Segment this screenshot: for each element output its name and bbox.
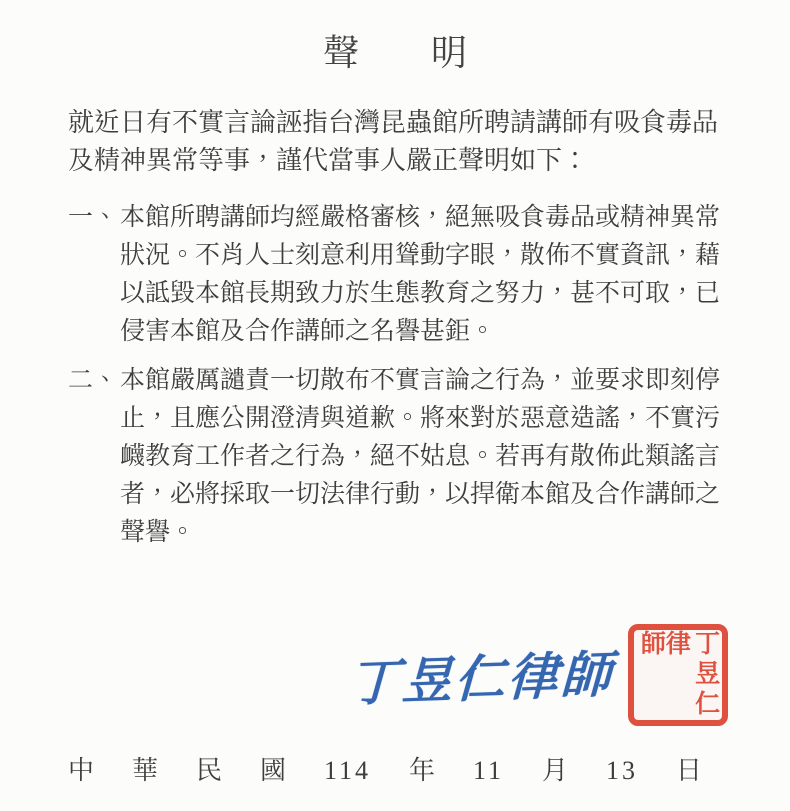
signature-block: 丁昱仁律師 丁昱仁 律師 [68, 614, 722, 736]
date-item: 華 [132, 752, 158, 790]
point-2-body: 本館嚴厲譴責一切散布不實言論之行為，並要求即刻停 止，且應公開澄清與道歉。將來對… [120, 362, 722, 552]
date-item: 民 [196, 752, 222, 790]
point-line: 衊教育工作者之行為，絕不姑息。若再有散佈此類謠言 [120, 438, 722, 476]
point-1-body: 本館所聘講師均經嚴格審核，絕無吸食毒品或精神異常 狀況。不肖人士刻意利用聳動字眼… [120, 199, 722, 351]
intro-paragraph: 就近日有不實言論誣指台灣昆蟲館所聘請講師有吸食毒品 及精神異常等事，謹代當事人嚴… [68, 104, 722, 180]
document-title: 聲 明 [68, 31, 722, 75]
lawyer-signature: 丁昱仁律師 [348, 634, 615, 715]
statement-document-page: 聲 明 就近日有不實言論誣指台灣昆蟲館所聘請講師有吸食毒品 及精神異常等事，謹代… [0, 0, 790, 811]
seal-column-right: 丁昱仁 [693, 630, 718, 720]
intro-line: 及精神異常等事，謹代當事人嚴正聲明如下： [68, 142, 722, 180]
point-line: 止，且應公開澄清與道歉。將來對於惡意造謠，不實污 [120, 400, 722, 438]
point-line: 者，必將採取一切法律行動，以捍衛本館及合作講師之 [120, 476, 722, 514]
seal-column-left: 律師 [638, 630, 688, 720]
point-2-marker: 二、 [68, 362, 120, 400]
date-line: 中 華 民 國 114 年 11 月 13 日 [68, 752, 722, 790]
point-line: 本館所聘講師均經嚴格審核，絕無吸食毒品或精神異常 [120, 199, 722, 237]
point-1-marker: 一、 [68, 199, 120, 237]
intro-line: 就近日有不實言論誣指台灣昆蟲館所聘請講師有吸食毒品 [68, 104, 722, 142]
date-month: 11 [473, 752, 504, 790]
date-item: 中 [68, 752, 94, 790]
date-day-label: 日 [676, 752, 702, 790]
date-year: 114 [324, 752, 371, 790]
statement-point-1: 一、 本館所聘講師均經嚴格審核，絕無吸食毒品或精神異常 狀況。不肖人士刻意利用聳… [68, 199, 722, 351]
point-line: 本館嚴厲譴責一切散布不實言論之行為，並要求即刻停 [120, 362, 722, 400]
point-line: 狀況。不肖人士刻意利用聳動字眼，散佈不實資訊，藉 [120, 237, 722, 275]
lawyer-seal: 丁昱仁 律師 [628, 624, 728, 726]
date-item: 國 [260, 752, 286, 790]
date-day: 13 [606, 752, 638, 790]
point-line: 以詆毀本館長期致力於生態教育之努力，甚不可取，已 [120, 275, 722, 313]
date-year-label: 年 [409, 752, 435, 790]
statement-point-2: 二、 本館嚴厲譴責一切散布不實言論之行為，並要求即刻停 止，且應公開澄清與道歉。… [68, 362, 722, 552]
date-month-label: 月 [542, 752, 568, 790]
point-line: 聲譽。 [120, 514, 722, 552]
point-line: 侵害本館及合作講師之名譽甚鉅。 [120, 313, 722, 351]
